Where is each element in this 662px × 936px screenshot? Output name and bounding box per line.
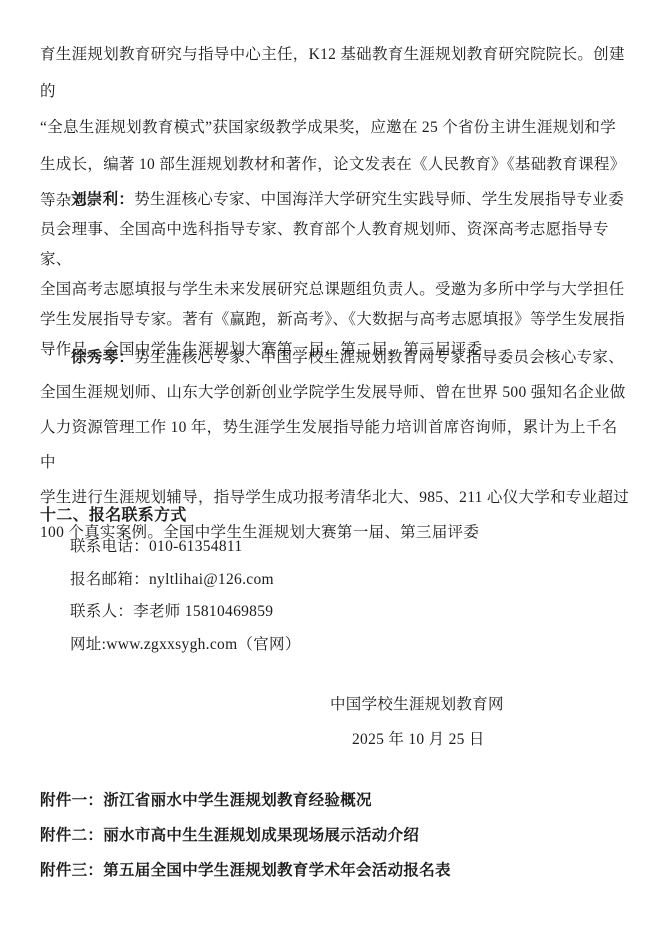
expert-name: 刘崇利： bbox=[71, 191, 134, 208]
body-text: 势生涯核心专家、中国学校生涯规划教育网专家指导委员会核心专家、 bbox=[134, 349, 624, 366]
section-heading: 十二、报名联系方式 bbox=[40, 502, 187, 525]
body-line: 全国生涯规划师、山东大学创新创业学院学生发展导师、曾在世界 500 强知名企业做 bbox=[40, 375, 632, 410]
body-line: “全息生涯规划教育模式”获国家级教学成果奖，应邀在 25 个省份主讲生涯规划和学 bbox=[40, 110, 632, 147]
body-line: 刘崇利：势生涯核心专家、中国海洋大学研究生实践导师、学生发展指导专业委 bbox=[40, 185, 632, 215]
body-text: 势生涯核心专家、中国海洋大学研究生实践导师、学生发展指导专业委 bbox=[134, 191, 624, 208]
body-line: 徐秀琴：势生涯核心专家、中国学校生涯规划教育网专家指导委员会核心专家、 bbox=[40, 340, 632, 375]
attachment-line: 附件二：丽水市高中生生涯规划成果现场展示活动介绍 bbox=[40, 818, 632, 853]
body-line: 全国高考志愿填报与学生未来发展研究总课题组负责人。受邀为多所中学与大学担任 bbox=[40, 275, 632, 305]
contact-phone: 联系电话：010-61354811 bbox=[70, 531, 570, 564]
attachment-line: 附件三：第五届全国中学生涯规划教育学术年会活动报名表 bbox=[40, 853, 632, 888]
contact-website: 网址:www.zgxxsygh.com（官网） bbox=[70, 629, 570, 662]
expert-paragraph-liu: 刘崇利：势生涯核心专家、中国海洋大学研究生实践导师、学生发展指导专业委 员会理事… bbox=[40, 185, 632, 365]
body-line: 育生涯规划教育研究与指导中心主任，K12 基础教育生涯规划教育研究院院长。创建的 bbox=[40, 37, 632, 110]
contact-person: 联系人：李老师 15810469859 bbox=[70, 596, 570, 629]
signature-date: 2025 年 10 月 25 日 bbox=[352, 727, 485, 749]
attachments-list: 附件一：浙江省丽水中学生涯规划教育经验概况 附件二：丽水市高中生生涯规划成果现场… bbox=[40, 783, 632, 888]
document-page: 育生涯规划教育研究与指导中心主任，K12 基础教育生涯规划教育研究院院长。创建的… bbox=[0, 0, 662, 936]
attachment-line: 附件一：浙江省丽水中学生涯规划教育经验概况 bbox=[40, 783, 632, 818]
body-line: 学生发展指导专家。著有《赢跑，新高考》、《大数据与高考志愿填报》等学生发展指 bbox=[40, 305, 632, 335]
signature-organization: 中国学校生涯规划教育网 bbox=[330, 692, 504, 714]
body-line: 人力资源管理工作 10 年，势生涯学生发展指导能力培训首席咨询师，累计为上千名中 bbox=[40, 410, 632, 480]
contact-info: 联系电话：010-61354811 报名邮箱：nyltlihai@126.com… bbox=[70, 531, 570, 662]
contact-email: 报名邮箱：nyltlihai@126.com bbox=[70, 564, 570, 597]
expert-name: 徐秀琴： bbox=[71, 349, 134, 366]
body-line: 生成长，编著 10 部生涯规划教材和著作，论文发表在《人民教育》《基础教育课程》 bbox=[40, 147, 632, 184]
body-line: 员会理事、全国高中选科指导专家、教育部个人教育规划师、资深高考志愿指导专家、 bbox=[40, 215, 632, 275]
